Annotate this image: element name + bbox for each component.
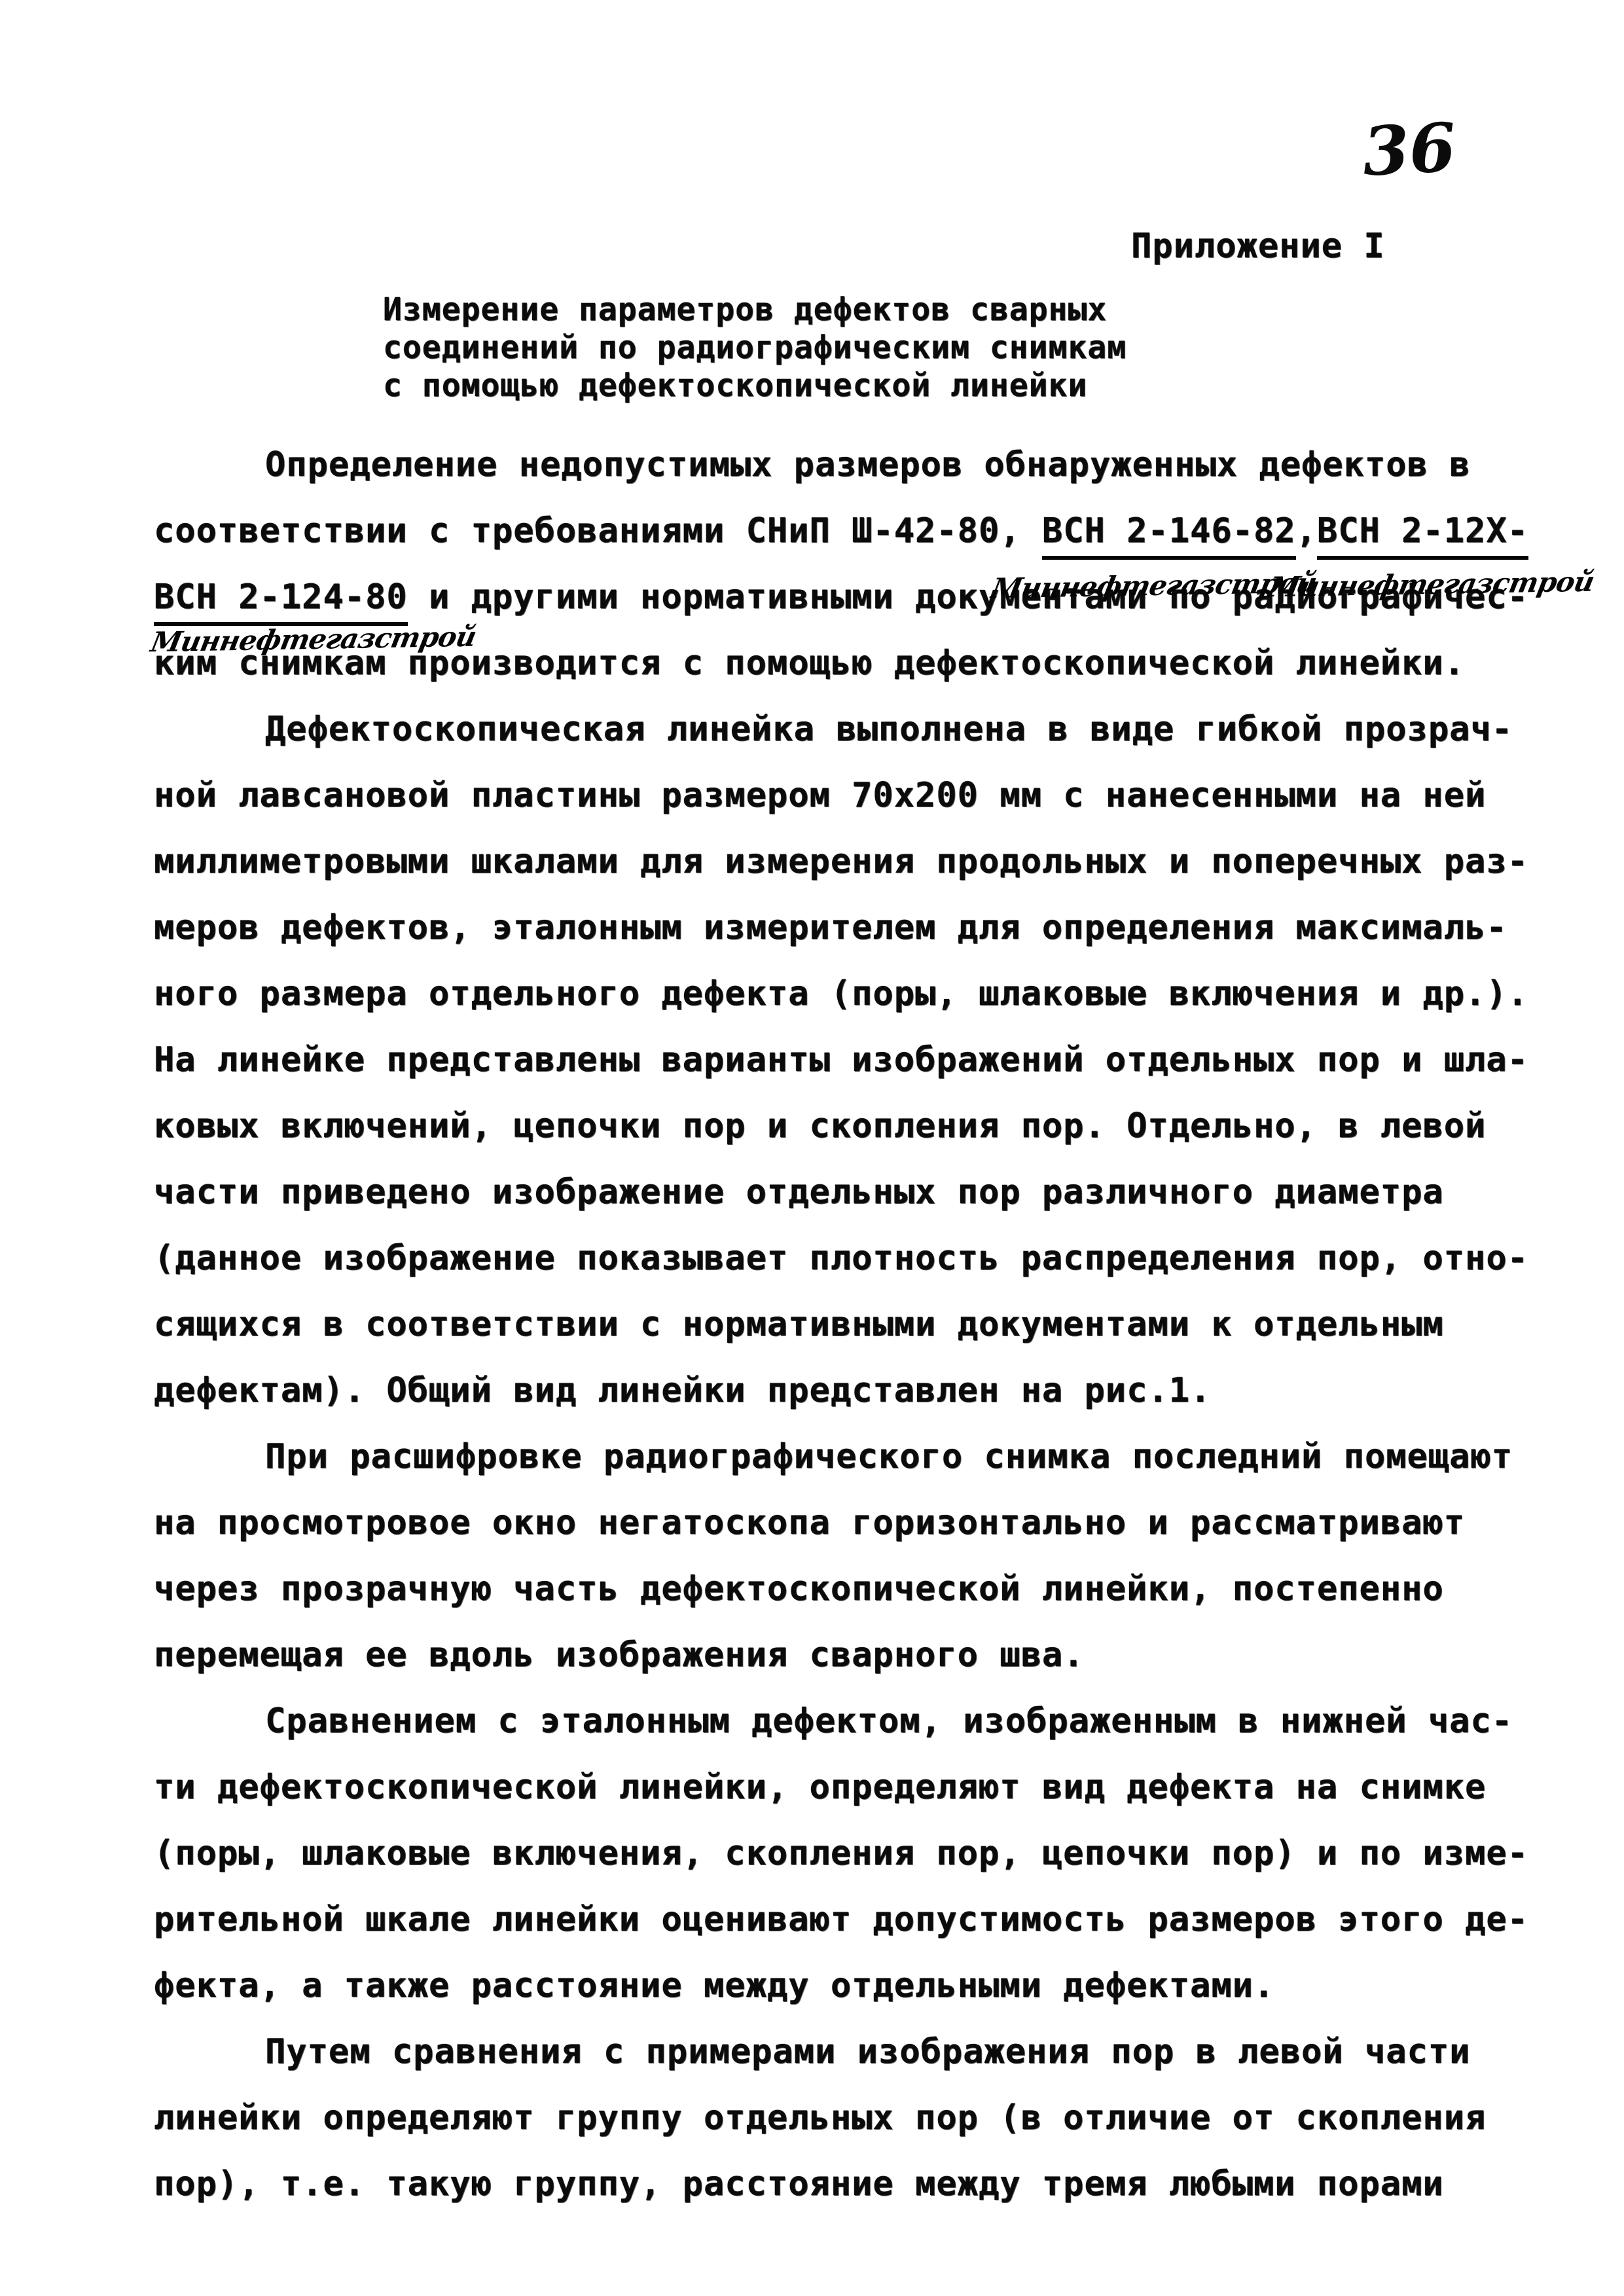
body-line: ковых включений, цепочки пор и скопления… [154,1093,1594,1159]
body-line: сящихся в соответствии с нормативными до… [154,1292,1594,1358]
body-line: рительной шкале линейки оценивают допуст… [154,1887,1594,1953]
body-line: линейки определяют группу отдельных пор … [154,2085,1594,2151]
body-line: части приведено изображение отдельных по… [154,1159,1594,1226]
body-line: Определение недопустимых размеров обнару… [154,432,1594,498]
body-line: Сравнением с эталонным дефектом, изображ… [154,1688,1594,1755]
text-segment: (данное изображение показывает плотность… [154,1239,1528,1278]
body-line: (поры, шлаковые включения, скопления пор… [154,1821,1594,1887]
text-segment: Сравнением с эталонным дефектом, изображ… [265,1702,1513,1741]
text-segment: дефектам). Общий вид линейки представлен… [154,1371,1211,1410]
document-title: Измерение параметров дефектов сварныхсое… [383,291,1127,405]
body-line: меров дефектов, эталонным измерителем дл… [154,895,1594,961]
body-line: Дефектоскопическая линейка выполнена в в… [154,697,1594,763]
underlined-standard-ref: ВСН 2-146-82 [1042,511,1296,560]
body-line: через прозрачную часть дефектоскопическо… [154,1556,1594,1622]
text-segment: , [1296,511,1317,551]
text-segment: на просмотровое окно негатоскопа горизон… [154,1503,1465,1542]
text-segment: через прозрачную часть дефектоскопическо… [154,1569,1444,1609]
text-segment: На линейке представлены варианты изображ… [154,1040,1528,1080]
text-segment: пор), т.е. такую группу, расстояние межд… [154,2164,1444,2204]
body-line: ного размера отдельного дефекта (поры, ш… [154,961,1594,1027]
text-segment: (поры, шлаковые включения, скопления пор… [154,1834,1528,1873]
body-line: Путем сравнения с примерами изображения … [154,2019,1594,2085]
document-page: 36 Приложение I Измерение параметров деф… [0,0,1624,2296]
text-segment: ти дефектоскопической линейки, определяю… [154,1768,1486,1807]
body-line: дефектам). Общий вид линейки представлен… [154,1358,1594,1424]
document-body: Определение недопустимых размеров обнару… [154,432,1594,2217]
handwritten-annotation-minneftegazstroy-3: Миннефтегазстрой [149,623,478,657]
text-segment: перемещая ее вдоль изображения сварного … [154,1635,1085,1675]
text-segment: Дефектоскопическая линейка выполнена в в… [265,710,1513,749]
body-line: ной лавсановой пластины размером 70х200 … [154,763,1594,829]
body-line: пор), т.е. такую группу, расстояние межд… [154,2151,1594,2217]
handwritten-annotation-minneftegazstroy-2: Миннефтегазстрой [1267,568,1597,602]
text-segment: ной лавсановой пластины размером 70х200 … [154,776,1486,815]
underlined-standard-ref: ВСН 2-12Х- [1317,511,1528,560]
text-segment: части приведено изображение отдельных по… [154,1173,1444,1212]
text-segment: ковых включений, цепочки пор и скопления… [154,1106,1486,1146]
text-segment: Определение недопустимых размеров обнару… [265,445,1470,484]
body-line: (данное изображение показывает плотность… [154,1226,1594,1292]
text-segment: линейки определяют группу отдельных пор … [154,2098,1486,2138]
body-line: ти дефектоскопической линейки, определяю… [154,1755,1594,1821]
body-line: на просмотровое окно негатоскопа горизон… [154,1490,1594,1556]
text-segment: соответствии с требованиями СНиП Ш-42-80… [154,511,1042,551]
body-line: миллиметровыми шкалами для измерения про… [154,829,1594,895]
body-line: соответствии с требованиями СНиП Ш-42-80… [154,498,1594,564]
body-line: фекта, а также расстояние между отдельны… [154,1953,1594,2019]
text-segment: сящихся в соответствии с нормативными до… [154,1305,1444,1344]
title-line: Измерение параметров дефектов сварных [383,291,1127,329]
text-segment: меров дефектов, эталонным измерителем дл… [154,908,1507,947]
underlined-standard-ref: ВСН 2-124-80 [154,577,408,626]
body-line: На линейке представлены варианты изображ… [154,1027,1594,1093]
text-segment: При расшифровке радиографического снимка… [265,1437,1513,1476]
title-line: соединений по радиографическим снимкам [383,329,1127,367]
body-line: перемещая ее вдоль изображения сварного … [154,1622,1594,1688]
text-segment: рительной шкале линейки оценивают допуст… [154,1900,1528,1939]
title-line: с помощью дефектоскопической линейки [383,367,1127,405]
handwritten-page-number: 36 [1361,114,1457,185]
text-segment: фекта, а также расстояние между отдельны… [154,1966,1274,2005]
text-segment: ного размера отдельного дефекта (поры, ш… [154,974,1528,1013]
text-segment: Путем сравнения с примерами изображения … [265,2032,1470,2071]
annex-label: Приложение I [1131,227,1385,266]
body-line: При расшифровке радиографического снимка… [154,1424,1594,1490]
text-segment: миллиметровыми шкалами для измерения про… [154,842,1528,881]
